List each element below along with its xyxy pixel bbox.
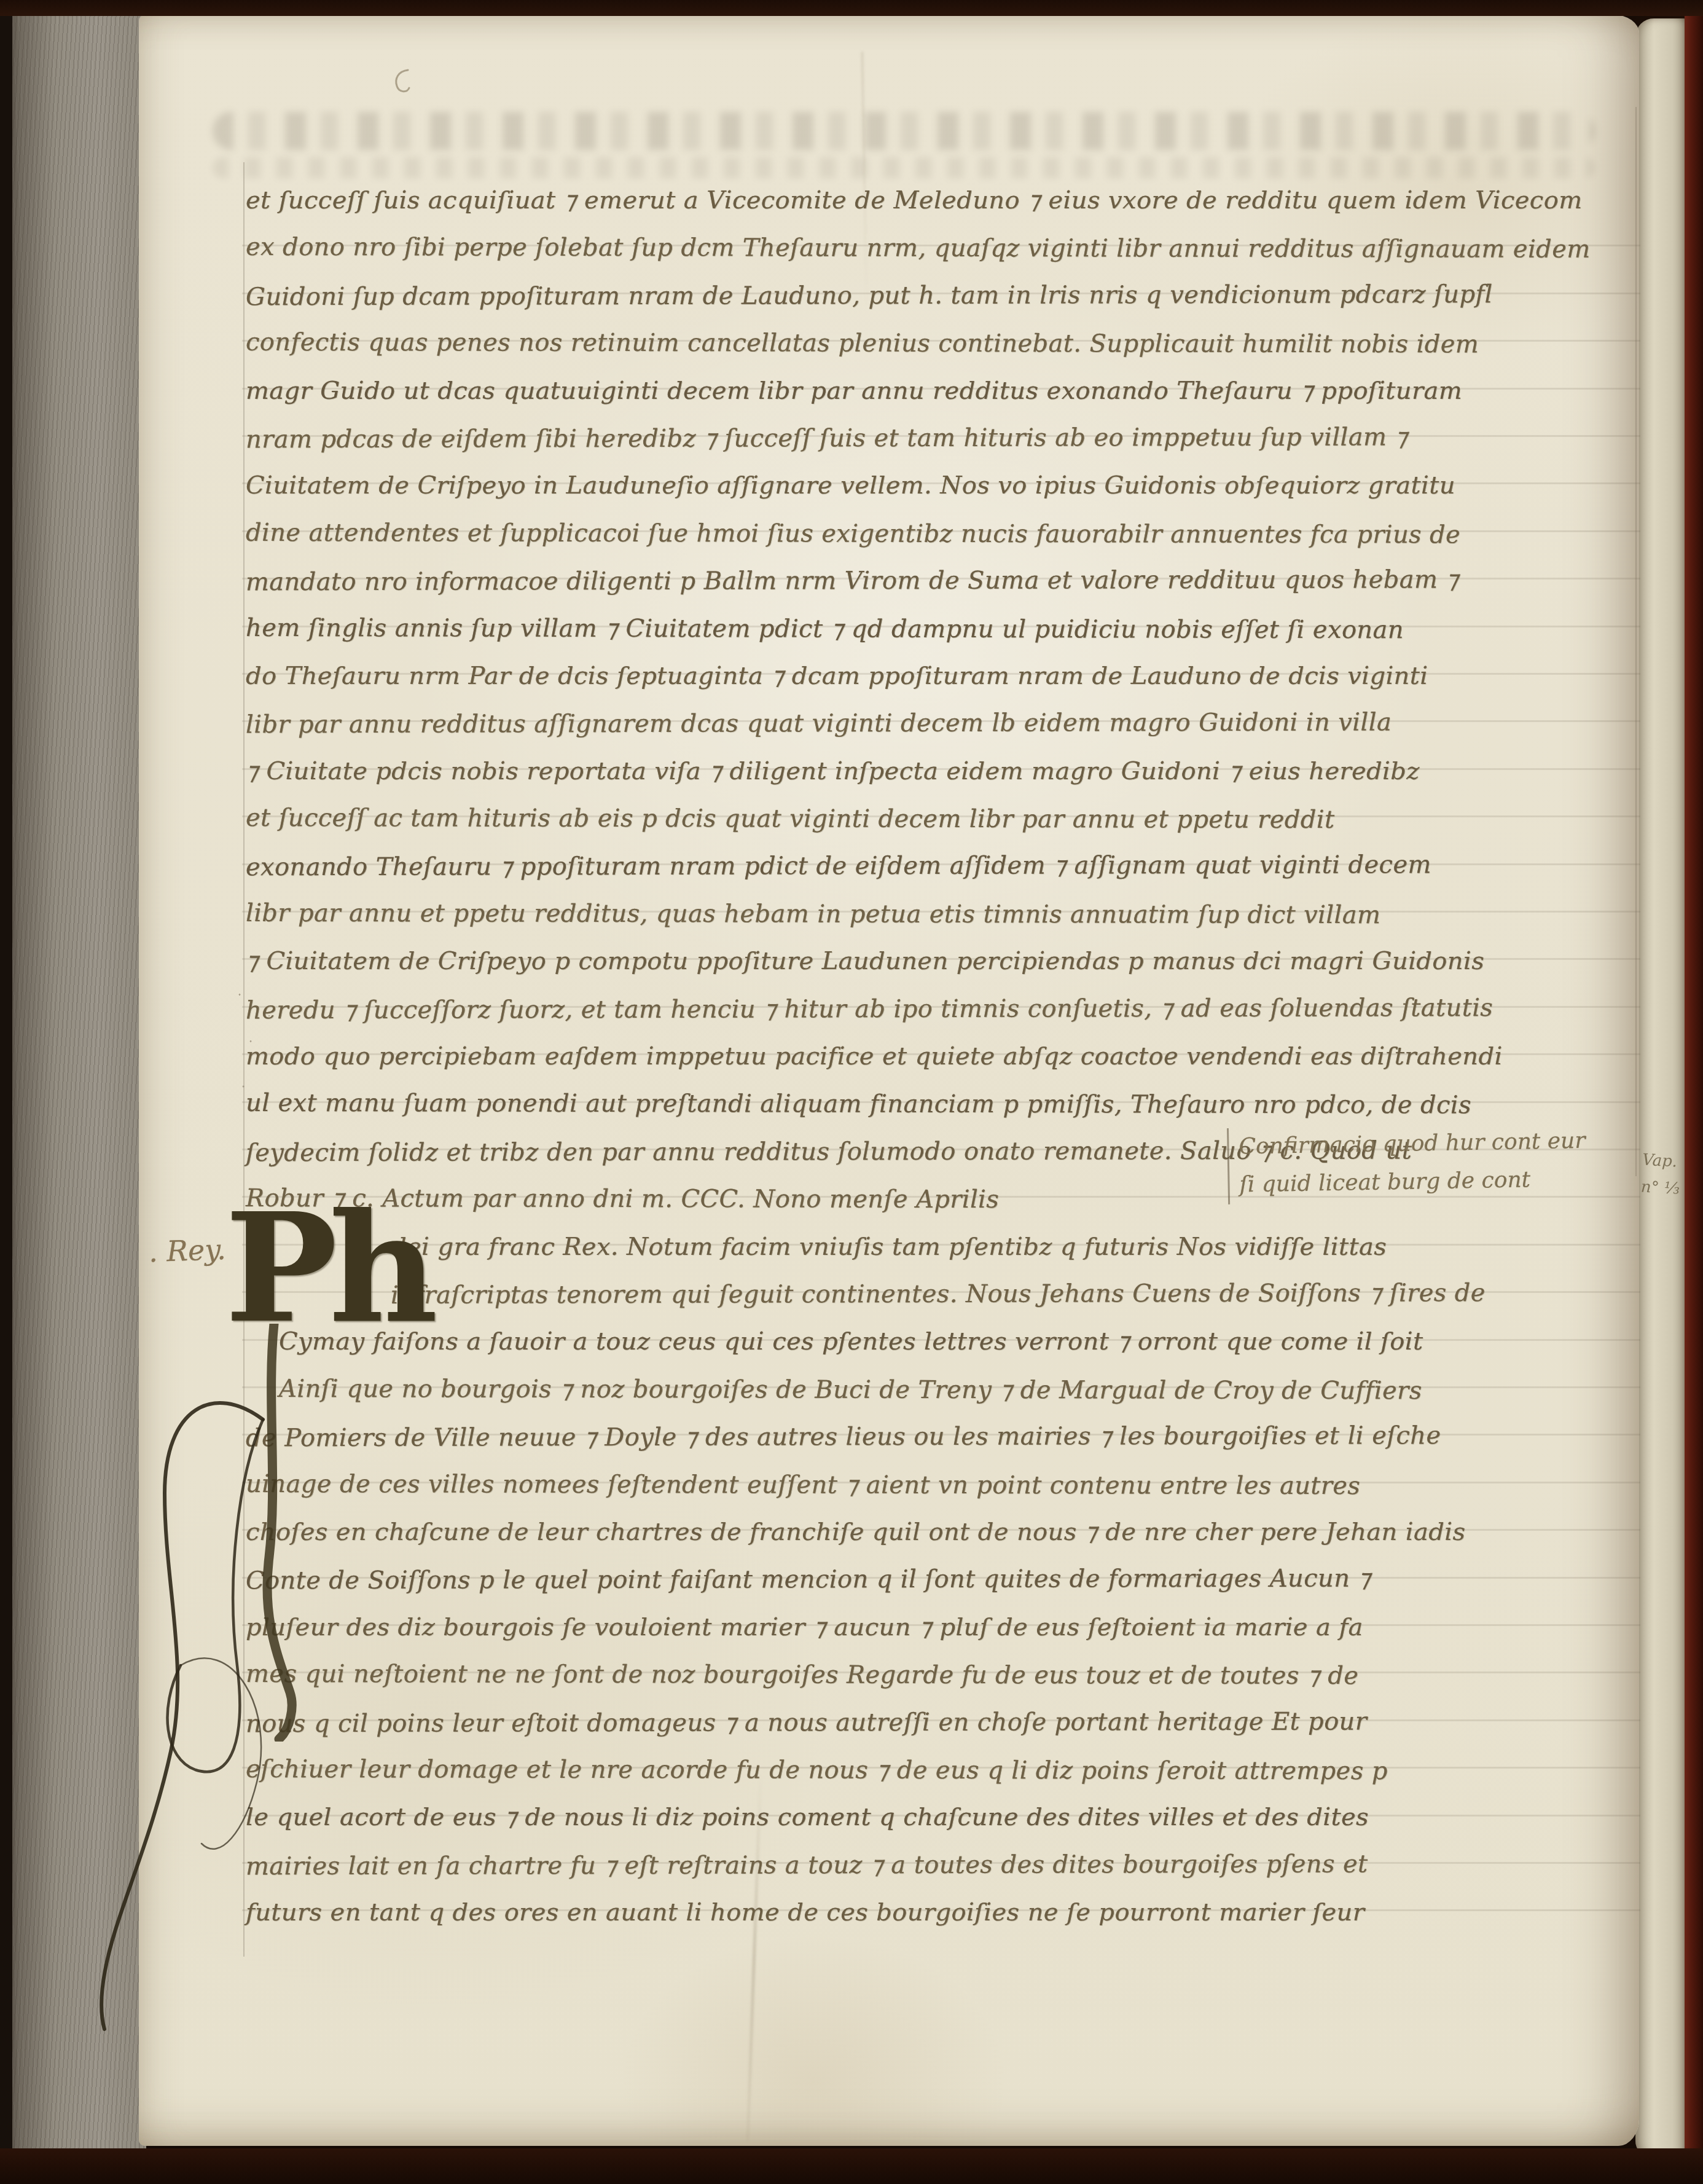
- facing-note-line: Vap.: [1642, 1147, 1699, 1177]
- manuscript-line: et ſucceſſ ac tam hituris ab eis p dcis …: [246, 795, 1639, 844]
- manuscript-line: dei gra franc Rex. Notum facim vniuſis t…: [246, 1224, 1639, 1271]
- manuscript-line: ⁊ Ciuitate pdcis nobis reportata viſa ⁊ …: [246, 748, 1639, 795]
- manuscript-line: confectis quas penes nos retinuim cancel…: [246, 319, 1639, 369]
- verso-showthrough-band: [213, 112, 1595, 150]
- manuscript-line: modo quo percipiebam eaſdem imppetuu pac…: [246, 1033, 1639, 1080]
- manuscript-line: ⁊ Ciuitatem de Criſpeyo p compotu ppoſit…: [246, 938, 1639, 985]
- verso-showthrough-band-2: [213, 157, 1595, 178]
- manuscript-line: Guidoni ſup dcam ppoſituram nram de Laud…: [246, 270, 1639, 321]
- left-margin-note: . Rey.: [148, 1233, 226, 1268]
- manuscript-line: eſchiuer leur domage et le nre acorde fu…: [246, 1746, 1639, 1796]
- manuscript-line: ex dono nro ſibi perpe ſolebat ſup dcm T…: [246, 224, 1639, 273]
- manuscript-line: de Pomiers de Ville neuue ⁊ Doyle ⁊ des …: [246, 1412, 1639, 1463]
- manuscript-line: libr par annu redditus aſſignarem dcas q…: [246, 699, 1639, 749]
- manuscript-line: choſes en chaſcune de leur chartres de f…: [246, 1509, 1639, 1556]
- inserted-rubric-note: Confirmacio quod hur cont eur ſi quid li…: [1227, 1121, 1645, 1204]
- ink-speckles: [225, 973, 299, 1115]
- rubric-line: ſi quid liceat burg de cont: [1239, 1159, 1645, 1204]
- manuscript-line: do Theſauru nrm Par de dcis ſeptuaginta …: [246, 653, 1639, 700]
- manuscript-line: hem ſinglis annis ſup villam ⁊ Ciuitatem…: [246, 605, 1639, 654]
- facing-page-margin-note: Vap. n° ⅓: [1640, 1147, 1699, 1204]
- manuscript-line: magr Guido ut dcas quatuuiginti decem li…: [246, 367, 1639, 415]
- parchment-page: et ſucceſſ ſuis acquiſiuat ⁊ emerut a Vi…: [139, 15, 1639, 2146]
- rubric-line: Confirmacio quod hur cont eur: [1239, 1121, 1645, 1166]
- manuscript-line: le quel acort de eus ⁊ de nous li diz po…: [246, 1794, 1639, 1841]
- binding-spine-edge: [1685, 0, 1703, 2184]
- facing-note-line: n° ⅓: [1640, 1174, 1698, 1204]
- facing-page-fore-edge: [1635, 18, 1688, 2157]
- manuscript-line: Ainſi que no bourgois ⁊ noz bourgoiſes d…: [246, 1365, 1639, 1415]
- left-page-edges: [0, 0, 146, 2184]
- manuscript-line: uinage de ces villes nomees ſeſtendent e…: [246, 1461, 1639, 1510]
- manuscript-line: nous q cil poins leur eſtoit domageus ⁊ …: [246, 1697, 1639, 1748]
- manuscript-line: Conte de Soiſſons p le quel point faiſan…: [246, 1555, 1639, 1605]
- photo-frame-bottom: [0, 2148, 1703, 2184]
- manuscript-line: exonando Theſauru ⁊ ppoſituram nram pdic…: [246, 841, 1639, 892]
- manuscript-line: libr par annu et ppetu redditus, quas he…: [246, 890, 1639, 940]
- manuscript-line: et ſucceſſ ſuis acquiſiuat ⁊ emerut a Vi…: [246, 177, 1639, 224]
- manuscript-line: mairies lait en ſa chartre fu ⁊ eſt reſt…: [246, 1840, 1639, 1890]
- decorated-initial-ph: Ph: [225, 1176, 428, 1379]
- corner-pen-mark: [390, 68, 414, 96]
- manuscript-line: ul ext manu ſuam ponendi aut preſtandi a…: [246, 1080, 1639, 1129]
- bound-manuscript-photo: et ſucceſſ ſuis acquiſiuat ⁊ emerut a Vi…: [0, 0, 1703, 2184]
- photo-frame-top: [0, 0, 1703, 16]
- manuscript-line: mes qui neſtoient ne ne ſont de noz bour…: [246, 1651, 1639, 1700]
- manuscript-line: Cymay faiſons a ſauoir a touz ceus qui c…: [246, 1318, 1639, 1365]
- manuscript-line: infraſcriptas tenorem qui ſeguit contine…: [246, 1270, 1639, 1320]
- manuscript-line: mandato nro informacoe diligenti p Ballm…: [246, 556, 1639, 607]
- manuscript-line: pluſeur des diz bourgois ſe vouloient ma…: [246, 1604, 1639, 1651]
- book-left-edge: [0, 0, 12, 2184]
- manuscript-line: nram pdcas de eiſdem ſibi heredibz ⁊ ſuc…: [246, 414, 1639, 464]
- manuscript-line: heredu ⁊ ſucceſſorz ſuorz, et tam henciu…: [246, 984, 1639, 1034]
- main-text-block: et ſucceſſ ſuis acquiſiuat ⁊ emerut a Vi…: [246, 177, 1639, 1936]
- manuscript-line: dine attendentes et ſupplicacoi ſue hmoi…: [246, 509, 1639, 559]
- manuscript-line: Ciuitatem de Criſpeyo in Lauduneſio aſſi…: [246, 462, 1639, 509]
- manuscript-line: futurs en tant q des ores en auant li ho…: [246, 1889, 1639, 1936]
